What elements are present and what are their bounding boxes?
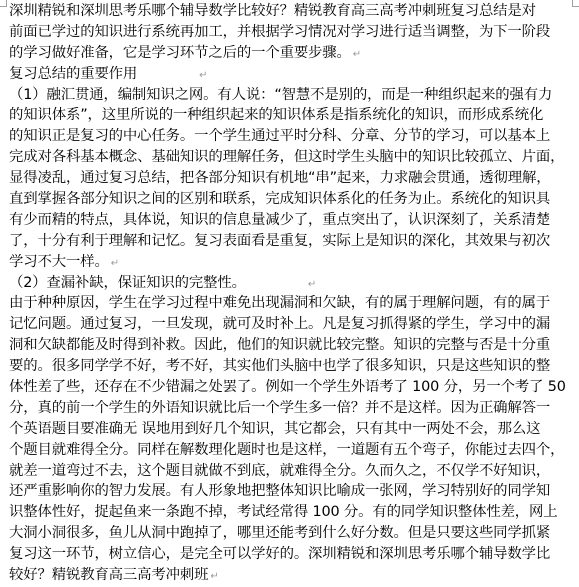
paragraph-mark-icon: ↵: [210, 571, 218, 582]
line-text: 的知识体系”，这里所说的一种组织起来的知识体系是指系统化的知识，而形成系统化: [9, 107, 543, 123]
text-line: 还严重影响你的智力发展。有人形象地把整体知识比喻成一张网，学习特别好的同学知: [9, 481, 575, 502]
paragraph-mark-icon: ↵: [353, 49, 361, 60]
line-text: 较好？精锐教育高三高考冲刺班: [9, 567, 208, 583]
line-text: 分，真的前一个学生的外语知识就比后一个学生多一倍？并不是这样。因为正确解答一: [9, 400, 550, 416]
text-line: 分，真的前一个学生的外语知识就比后一个学生多一倍？并不是这样。因为正确解答一: [9, 398, 575, 419]
line-text: 体性差了些，还存在不少错漏之处罢了。例如一个学生外语考了 100 分，另一个考了…: [9, 379, 566, 395]
text-line: 洞和欠缺都能及时得到补救。因此，他们的知识就比较完整。知识的完整与否是十分重: [9, 335, 575, 356]
line-text: （2）查漏补缺，保证知识的完整性。: [9, 275, 246, 291]
text-line: 就差一道弯过不去，这个题目就做不到底，就难得全分。久而久之，不仅学不好知识，: [9, 461, 575, 482]
text-line: 学习不大一样。↵: [9, 252, 575, 273]
text-line: 要的。很多同学学不好，考不好，其实他们头脑中也学了很多知识，只是这些知识的整: [9, 356, 575, 377]
paragraph-mark-icon: ↵: [308, 279, 316, 290]
page-corner-mark-left: [0, 0, 7, 7]
line-text: 由于种种原因，学生在学习过程中难免出现漏洞和欠缺，有的属于理解问题，有的属于: [9, 295, 550, 311]
line-text: 个题目就难得全分。同样在解数理化题时也是这样，一道题有五个弯子，你能过去四个，: [9, 442, 564, 458]
text-line: 体性差了些，还存在不少错漏之处罢了。例如一个学生外语考了 100 分，另一个考了…: [9, 377, 575, 398]
line-text: 洞和欠缺都能及时得到补救。因此，他们的知识就比较完整。知识的完整与否是十分重: [9, 337, 550, 353]
line-text: 有少而精的特点，具体说，知识的信息量减少了，重点突出了，认识深刻了，关系清楚: [9, 212, 550, 228]
line-text: 大洞小洞很多，鱼儿从洞中跑掉了，哪里还能考到什么好分数。但是只要这些同学抓紧: [9, 525, 550, 541]
line-text: 直到掌握各部分知识之间的区别和联系，完成知识体系化的任务为止。系统化的知识具: [9, 191, 550, 207]
line-text: 的学习做好准备，它是学习环节之后的一个重要步骤。: [9, 45, 351, 61]
text-line: 了，十分有利于理解和记忆。复习表面看是重复，实际上是知识的深化，其效果与初次: [9, 231, 575, 252]
line-text: 记忆问题。通过复习，一旦发现，就可及时补上。凡是复习抓得紧的学生，学习中的漏: [9, 316, 550, 332]
text-line: 记忆问题。通过复习，一旦发现，就可及时补上。凡是复习抓得紧的学生，学习中的漏: [9, 314, 575, 335]
line-text: 的知识正是复习的中心任务。一个学生通过平时分科、分章、分节的学习，可以基本上: [9, 128, 550, 144]
text-line: 完成对各科基本概念、基础知识的理解任务，但这时学生头脑中的知识比较孤立、片面，: [9, 147, 575, 168]
text-line: 显得凌乱，通过复习总结，把各部分知识有机地“串”起来，力求融会贯通，透彻理解，: [9, 168, 575, 189]
line-text: 个英语题目要准确无 误地用到好几个知识，其它都会，只有其中一两处不会，那么这: [9, 421, 540, 437]
line-text: 复习这一环节，树立信心，是完全可以学好的。深圳精锐和深圳思考乐哪个辅导数学比: [9, 546, 550, 562]
text-line: 复习总结的重要作用↵: [9, 64, 575, 85]
text-line: 大洞小洞很多，鱼儿从洞中跑掉了，哪里还能考到什么好分数。但是只要这些同学抓紧: [9, 523, 575, 544]
text-line: 较好？精锐教育高三高考冲刺班↵: [9, 565, 575, 586]
line-text: 就差一道弯过不去，这个题目就做不到底，就难得全分。久而久之，不仅学不好知识，: [9, 463, 550, 479]
text-line: 复习这一环节，树立信心，是完全可以学好的。深圳精锐和深圳思考乐哪个辅导数学比: [9, 544, 575, 565]
line-text: （1）融汇贯通，编制知识之网。有人说：“智慧不是别的，而是一种组织起来的强有力: [9, 87, 552, 103]
paragraph-mark-icon: ↵: [111, 258, 119, 269]
text-line: （2）查漏补缺，保证知识的完整性。↵: [9, 273, 575, 294]
line-text: 完成对各科基本概念、基础知识的理解任务，但这时学生头脑中的知识比较孤立、片面，: [9, 149, 564, 165]
text-line: 有少而精的特点，具体说，知识的信息量减少了，重点突出了，认识深刻了，关系清楚: [9, 210, 575, 231]
text-line: 的知识体系”，这里所说的一种组织起来的知识体系是指系统化的知识，而形成系统化: [9, 105, 575, 126]
text-line: 个英语题目要准确无 误地用到好几个知识，其它都会，只有其中一两处不会，那么这: [9, 419, 575, 440]
document-body[interactable]: 深圳精锐和深圳思考乐哪个辅导数学比较好？精锐教育高三高考冲刺班复习总结是对前面已…: [9, 1, 575, 586]
line-text: 前面已学过的知识进行系统再加工，并根据学习情况对学习进行适当调整，为下一阶段: [9, 24, 550, 40]
text-line: 前面已学过的知识进行系统再加工，并根据学习情况对学习进行适当调整，为下一阶段: [9, 22, 575, 43]
line-text: 显得凌乱，通过复习总结，把各部分知识有机地“串”起来，力求融会贯通，透彻理解，: [9, 170, 551, 186]
text-line: 识整体性好，捉起鱼来一条跑不掉，考试经常得 100 分。有的同学知识整体性差，网…: [9, 502, 575, 523]
line-text: 学习不大一样。: [9, 254, 109, 270]
text-line: 的知识正是复习的中心任务。一个学生通过平时分科、分章、分节的学习，可以基本上: [9, 126, 575, 147]
text-line: （1）融汇贯通，编制知识之网。有人说：“智慧不是别的，而是一种组织起来的强有力: [9, 85, 575, 106]
paragraph-mark-icon: ↵: [199, 70, 207, 81]
text-line: 个题目就难得全分。同样在解数理化题时也是这样，一道题有五个弯子，你能过去四个，: [9, 440, 575, 461]
line-text: 还严重影响你的智力发展。有人形象地把整体知识比喻成一张网，学习特别好的同学知: [9, 483, 550, 499]
text-line: 由于种种原因，学生在学习过程中难免出现漏洞和欠缺，有的属于理解问题，有的属于: [9, 293, 575, 314]
line-text: 要的。很多同学学不好，考不好，其实他们头脑中也学了很多知识，只是这些知识的整: [9, 358, 550, 374]
text-line: 直到掌握各部分知识之间的区别和联系，完成知识体系化的任务为止。系统化的知识具: [9, 189, 575, 210]
text-line: 深圳精锐和深圳思考乐哪个辅导数学比较好？精锐教育高三高考冲刺班复习总结是对: [9, 1, 575, 22]
line-text: 识整体性好，捉起鱼来一条跑不掉，考试经常得 100 分。有的同学知识整体性差，网…: [9, 504, 558, 520]
line-text: 了，十分有利于理解和记忆。复习表面看是重复，实际上是知识的深化，其效果与初次: [9, 233, 550, 249]
text-line: 的学习做好准备，它是学习环节之后的一个重要步骤。↵: [9, 43, 575, 64]
line-text: 深圳精锐和深圳思考乐哪个辅导数学比较好？精锐教育高三高考冲刺班复习总结是对: [9, 3, 536, 19]
line-text: 复习总结的重要作用: [9, 66, 137, 82]
